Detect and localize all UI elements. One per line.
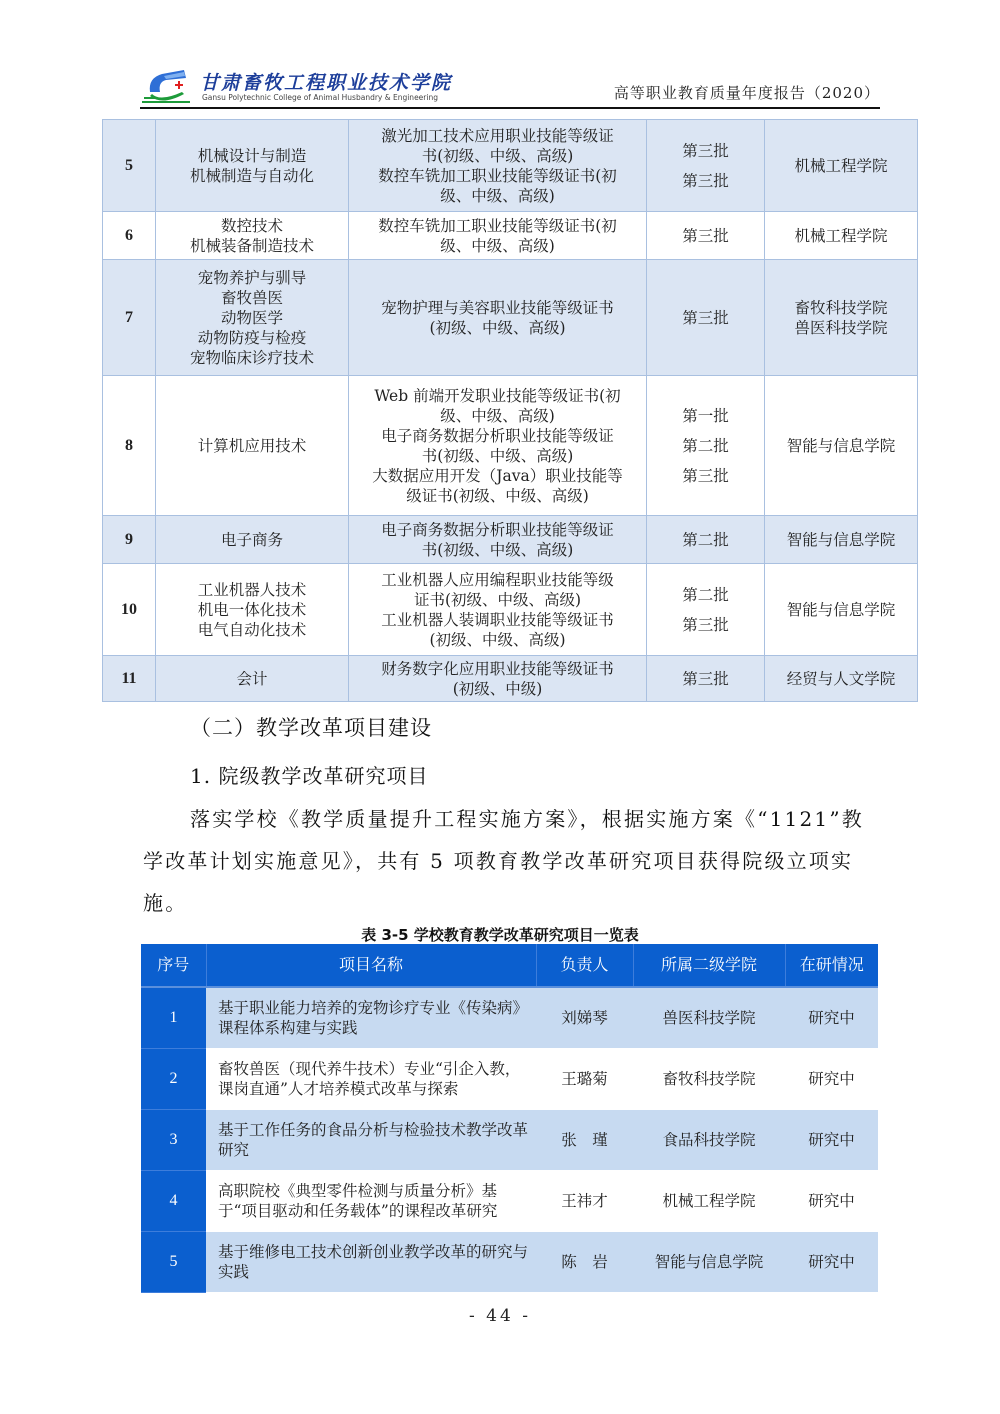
status-cell: 研究中 bbox=[785, 1171, 878, 1232]
batch-cell-line: 第三批 bbox=[653, 466, 758, 486]
major-cell: 宠物养护与驯导畜牧兽医动物医学动物防疫与检疫宠物临床诊疗技术 bbox=[156, 260, 349, 376]
batch-cell-line: 第三批 bbox=[653, 171, 758, 191]
college-logo-icon bbox=[140, 66, 196, 106]
table-header-row: 序号 项目名称 负责人 所属二级学院 在研情况 bbox=[141, 944, 878, 987]
certificate-cell-line: 财务数字化应用职业技能等级证书 bbox=[355, 659, 640, 679]
table-row: 10工业机器人技术机电一体化技术电气自动化技术工业机器人应用编程职业技能等级证书… bbox=[103, 564, 918, 656]
person-cell: 张 瑾 bbox=[536, 1110, 633, 1171]
certificate-cell-line: 电子商务数据分析职业技能等级证 bbox=[355, 520, 640, 540]
major-cell: 计算机应用技术 bbox=[156, 376, 349, 516]
major-cell-line: 机械制造与自动化 bbox=[162, 166, 342, 186]
college-cell: 食品科技学院 bbox=[633, 1110, 785, 1171]
college-cell: 机械工程学院 bbox=[765, 212, 918, 260]
college-cell: 畜牧科技学院兽医科技学院 bbox=[765, 260, 918, 376]
row-number: 6 bbox=[103, 212, 156, 260]
certificate-cell-line: 数控车铣加工职业技能等级证书(初 bbox=[355, 216, 640, 236]
table-row: 1基于职业能力培养的宠物诊疗专业《传染病》课程体系构建与实践刘娣琴兽医科技学院研… bbox=[141, 987, 878, 1049]
row-index: 5 bbox=[141, 1232, 206, 1293]
major-cell-line: 会计 bbox=[162, 669, 342, 689]
college-cell: 智能与信息学院 bbox=[633, 1232, 785, 1293]
row-number: 8 bbox=[103, 376, 156, 516]
college-cell-line: 机械工程学院 bbox=[771, 226, 911, 246]
major-cell-line: 动物医学 bbox=[162, 308, 342, 328]
college-cell: 智能与信息学院 bbox=[765, 376, 918, 516]
page-number: - 44 - bbox=[0, 1306, 1000, 1326]
college-cell: 智能与信息学院 bbox=[765, 564, 918, 656]
college-cell-line: 经贸与人文学院 bbox=[771, 669, 911, 689]
project-name-cell: 高职院校《典型零件检测与质量分析》基于“项目驱动和任务载体”的课程改革研究 bbox=[206, 1171, 536, 1232]
certificate-cell: 电子商务数据分析职业技能等级证书(初级、中级、高级) bbox=[349, 516, 647, 564]
project-name-cell: 基于职业能力培养的宠物诊疗专业《传染病》课程体系构建与实践 bbox=[206, 987, 536, 1049]
major-cell: 工业机器人技术机电一体化技术电气自动化技术 bbox=[156, 564, 349, 656]
major-cell-line: 工业机器人技术 bbox=[162, 580, 342, 600]
header-status: 在研情况 bbox=[785, 944, 878, 987]
row-index: 1 bbox=[141, 987, 206, 1049]
batch-cell-line: 第三批 bbox=[653, 615, 758, 635]
batch-cell: 第三批 bbox=[647, 656, 765, 702]
major-cell: 机械设计与制造机械制造与自动化 bbox=[156, 120, 349, 212]
batch-cell-line: 第三批 bbox=[653, 308, 758, 328]
certificate-cell: Web 前端开发职业技能等级证书(初级、中级、高级)电子商务数据分析职业技能等级… bbox=[349, 376, 647, 516]
college-cell-line: 机械工程学院 bbox=[771, 156, 911, 176]
status-cell: 研究中 bbox=[785, 987, 878, 1049]
major-cell-line: 机械装备制造技术 bbox=[162, 236, 342, 256]
batch-cell: 第三批 bbox=[647, 212, 765, 260]
major-cell-line: 宠物养护与驯导 bbox=[162, 268, 342, 288]
school-name-en: Gansu Polytechnic College of Animal Husb… bbox=[202, 93, 438, 102]
project-name-cell: 畜牧兽医（现代养牛技术）专业“引企入教，课岗直通”人才培养模式改革与探索 bbox=[206, 1049, 536, 1110]
certificate-cell-line: 证书(初级、中级、高级) bbox=[355, 590, 640, 610]
person-cell: 陈 岩 bbox=[536, 1232, 633, 1293]
certificate-cell-line: (初级、中级、高级) bbox=[355, 318, 640, 338]
status-cell: 研究中 bbox=[785, 1110, 878, 1171]
college-cell-line: 智能与信息学院 bbox=[771, 600, 911, 620]
major-cell-line: 动物防疫与检疫 bbox=[162, 328, 342, 348]
certificate-cell-line: (初级、中级、高级) bbox=[355, 630, 640, 650]
college-cell: 经贸与人文学院 bbox=[765, 656, 918, 702]
table-row: 11会计财务数字化应用职业技能等级证书(初级、中级)第三批经贸与人文学院 bbox=[103, 656, 918, 702]
certificate-cell-line: 级证书(初级、中级、高级) bbox=[355, 486, 640, 506]
college-cell-line: 畜牧科技学院 bbox=[771, 298, 911, 318]
person-cell: 王璐菊 bbox=[536, 1049, 633, 1110]
header-project-name: 项目名称 bbox=[206, 944, 536, 987]
major-cell-line: 计算机应用技术 bbox=[162, 436, 342, 456]
row-index: 2 bbox=[141, 1049, 206, 1110]
certificate-cell-line: 书(初级、中级、高级) bbox=[355, 540, 640, 560]
batch-cell-line: 第二批 bbox=[653, 585, 758, 605]
certificate-cell-line: 大数据应用开发（Java）职业技能等 bbox=[355, 466, 640, 486]
college-cell: 畜牧科技学院 bbox=[633, 1049, 785, 1110]
table-row: 4高职院校《典型零件检测与质量分析》基于“项目驱动和任务载体”的课程改革研究王祎… bbox=[141, 1171, 878, 1232]
batch-cell: 第二批 bbox=[647, 516, 765, 564]
batch-cell-line: 第三批 bbox=[653, 141, 758, 161]
major-cell-line: 机电一体化技术 bbox=[162, 600, 342, 620]
header-index: 序号 bbox=[141, 944, 206, 987]
table-row: 2畜牧兽医（现代养牛技术）专业“引企入教，课岗直通”人才培养模式改革与探索王璐菊… bbox=[141, 1049, 878, 1110]
certificate-cell-line: 书(初级、中级、高级) bbox=[355, 146, 640, 166]
certificate-cell-line: 数控车铣加工职业技能等级证书(初 bbox=[355, 166, 640, 186]
table-row: 5机械设计与制造机械制造与自动化激光加工技术应用职业技能等级证书(初级、中级、高… bbox=[103, 120, 918, 212]
college-cell: 机械工程学院 bbox=[633, 1171, 785, 1232]
school-name-cn: 甘肃畜牧工程职业技术学院 bbox=[200, 68, 452, 95]
certificate-cell-line: (初级、中级) bbox=[355, 679, 640, 699]
status-cell: 研究中 bbox=[785, 1232, 878, 1293]
project-name-cell: 基于维修电工技术创新创业教学改革的研究与实践 bbox=[206, 1232, 536, 1293]
person-cell: 刘娣琴 bbox=[536, 987, 633, 1049]
certificate-cell-line: 电子商务数据分析职业技能等级证 bbox=[355, 426, 640, 446]
batch-cell-line: 第二批 bbox=[653, 436, 758, 456]
certificate-cell-line: 工业机器人应用编程职业技能等级 bbox=[355, 570, 640, 590]
college-cell-line: 智能与信息学院 bbox=[771, 436, 911, 456]
row-number: 11 bbox=[103, 656, 156, 702]
row-number: 7 bbox=[103, 260, 156, 376]
certificate-cell: 数控车铣加工职业技能等级证书(初级、中级、高级) bbox=[349, 212, 647, 260]
major-cell-line: 畜牧兽医 bbox=[162, 288, 342, 308]
batch-cell: 第二批第三批 bbox=[647, 564, 765, 656]
batch-cell: 第一批第二批第三批 bbox=[647, 376, 765, 516]
section-heading: （二）教学改革项目建设 bbox=[190, 712, 432, 742]
college-cell-line: 智能与信息学院 bbox=[771, 530, 911, 550]
page-header: 甘肃畜牧工程职业技术学院 Gansu Polytechnic College o… bbox=[140, 62, 880, 110]
project-name-cell: 基于工作任务的食品分析与检验技术教学改革研究 bbox=[206, 1110, 536, 1171]
major-cell: 数控技术机械装备制造技术 bbox=[156, 212, 349, 260]
major-cell-line: 电子商务 bbox=[162, 530, 342, 550]
college-cell: 兽医科技学院 bbox=[633, 987, 785, 1049]
major-cell: 电子商务 bbox=[156, 516, 349, 564]
table-row: 8计算机应用技术Web 前端开发职业技能等级证书(初级、中级、高级)电子商务数据… bbox=[103, 376, 918, 516]
status-cell: 研究中 bbox=[785, 1049, 878, 1110]
subsection-heading: 1. 院级教学改革研究项目 bbox=[190, 760, 428, 789]
certificate-cell-line: 工业机器人装调职业技能等级证书 bbox=[355, 610, 640, 630]
row-index: 4 bbox=[141, 1171, 206, 1232]
person-cell: 王祎才 bbox=[536, 1171, 633, 1232]
certificate-cell-line: 级、中级、高级) bbox=[355, 186, 640, 206]
table-row: 6数控技术机械装备制造技术数控车铣加工职业技能等级证书(初级、中级、高级)第三批… bbox=[103, 212, 918, 260]
certificate-cell-line: 级、中级、高级) bbox=[355, 406, 640, 426]
batch-cell: 第三批 bbox=[647, 260, 765, 376]
row-number: 9 bbox=[103, 516, 156, 564]
row-index: 3 bbox=[141, 1110, 206, 1171]
table-caption: 表 3-5 学校教育教学改革研究项目一览表 bbox=[0, 924, 1000, 945]
certificate-cell-line: 书(初级、中级、高级) bbox=[355, 446, 640, 466]
batch-cell-line: 第二批 bbox=[653, 530, 758, 550]
header-divider bbox=[140, 107, 880, 109]
major-cell-line: 机械设计与制造 bbox=[162, 146, 342, 166]
batch-cell-line: 第三批 bbox=[653, 226, 758, 246]
college-cell: 智能与信息学院 bbox=[765, 516, 918, 564]
certificate-cell: 激光加工技术应用职业技能等级证书(初级、中级、高级)数控车铣加工职业技能等级证书… bbox=[349, 120, 647, 212]
header-person: 负责人 bbox=[536, 944, 633, 987]
batch-cell-line: 第三批 bbox=[653, 669, 758, 689]
table-row: 3基于工作任务的食品分析与检验技术教学改革研究张 瑾食品科技学院研究中 bbox=[141, 1110, 878, 1171]
major-cell: 会计 bbox=[156, 656, 349, 702]
certificate-cell: 工业机器人应用编程职业技能等级证书(初级、中级、高级)工业机器人装调职业技能等级… bbox=[349, 564, 647, 656]
certificate-table: 5机械设计与制造机械制造与自动化激光加工技术应用职业技能等级证书(初级、中级、高… bbox=[102, 119, 918, 702]
row-number: 10 bbox=[103, 564, 156, 656]
college-cell-line: 兽医科技学院 bbox=[771, 318, 911, 338]
table-row: 7宠物养护与驯导畜牧兽医动物医学动物防疫与检疫宠物临床诊疗技术宠物护理与美容职业… bbox=[103, 260, 918, 376]
certificate-cell-line: 激光加工技术应用职业技能等级证 bbox=[355, 126, 640, 146]
batch-cell-line: 第一批 bbox=[653, 406, 758, 426]
batch-cell: 第三批第三批 bbox=[647, 120, 765, 212]
projects-table: 序号 项目名称 负责人 所属二级学院 在研情况 1基于职业能力培养的宠物诊疗专业… bbox=[141, 944, 878, 1293]
major-cell-line: 宠物临床诊疗技术 bbox=[162, 348, 342, 368]
certificate-cell-line: Web 前端开发职业技能等级证书(初 bbox=[355, 386, 640, 406]
report-title: 高等职业教育质量年度报告（2020） bbox=[614, 82, 880, 103]
table-row: 5基于维修电工技术创新创业教学改革的研究与实践陈 岩智能与信息学院研究中 bbox=[141, 1232, 878, 1293]
certificate-cell-line: 宠物护理与美容职业技能等级证书 bbox=[355, 298, 640, 318]
major-cell-line: 电气自动化技术 bbox=[162, 620, 342, 640]
row-number: 5 bbox=[103, 120, 156, 212]
major-cell-line: 数控技术 bbox=[162, 216, 342, 236]
certificate-cell: 宠物护理与美容职业技能等级证书(初级、中级、高级) bbox=[349, 260, 647, 376]
certificate-cell-line: 级、中级、高级) bbox=[355, 236, 640, 256]
table-row: 9电子商务电子商务数据分析职业技能等级证书(初级、中级、高级)第二批智能与信息学… bbox=[103, 516, 918, 564]
body-paragraph: 落实学校《教学质量提升工程实施方案》，根据实施方案《“1121”教学改革计划实施… bbox=[143, 798, 878, 924]
header-college: 所属二级学院 bbox=[633, 944, 785, 987]
certificate-cell: 财务数字化应用职业技能等级证书(初级、中级) bbox=[349, 656, 647, 702]
college-cell: 机械工程学院 bbox=[765, 120, 918, 212]
